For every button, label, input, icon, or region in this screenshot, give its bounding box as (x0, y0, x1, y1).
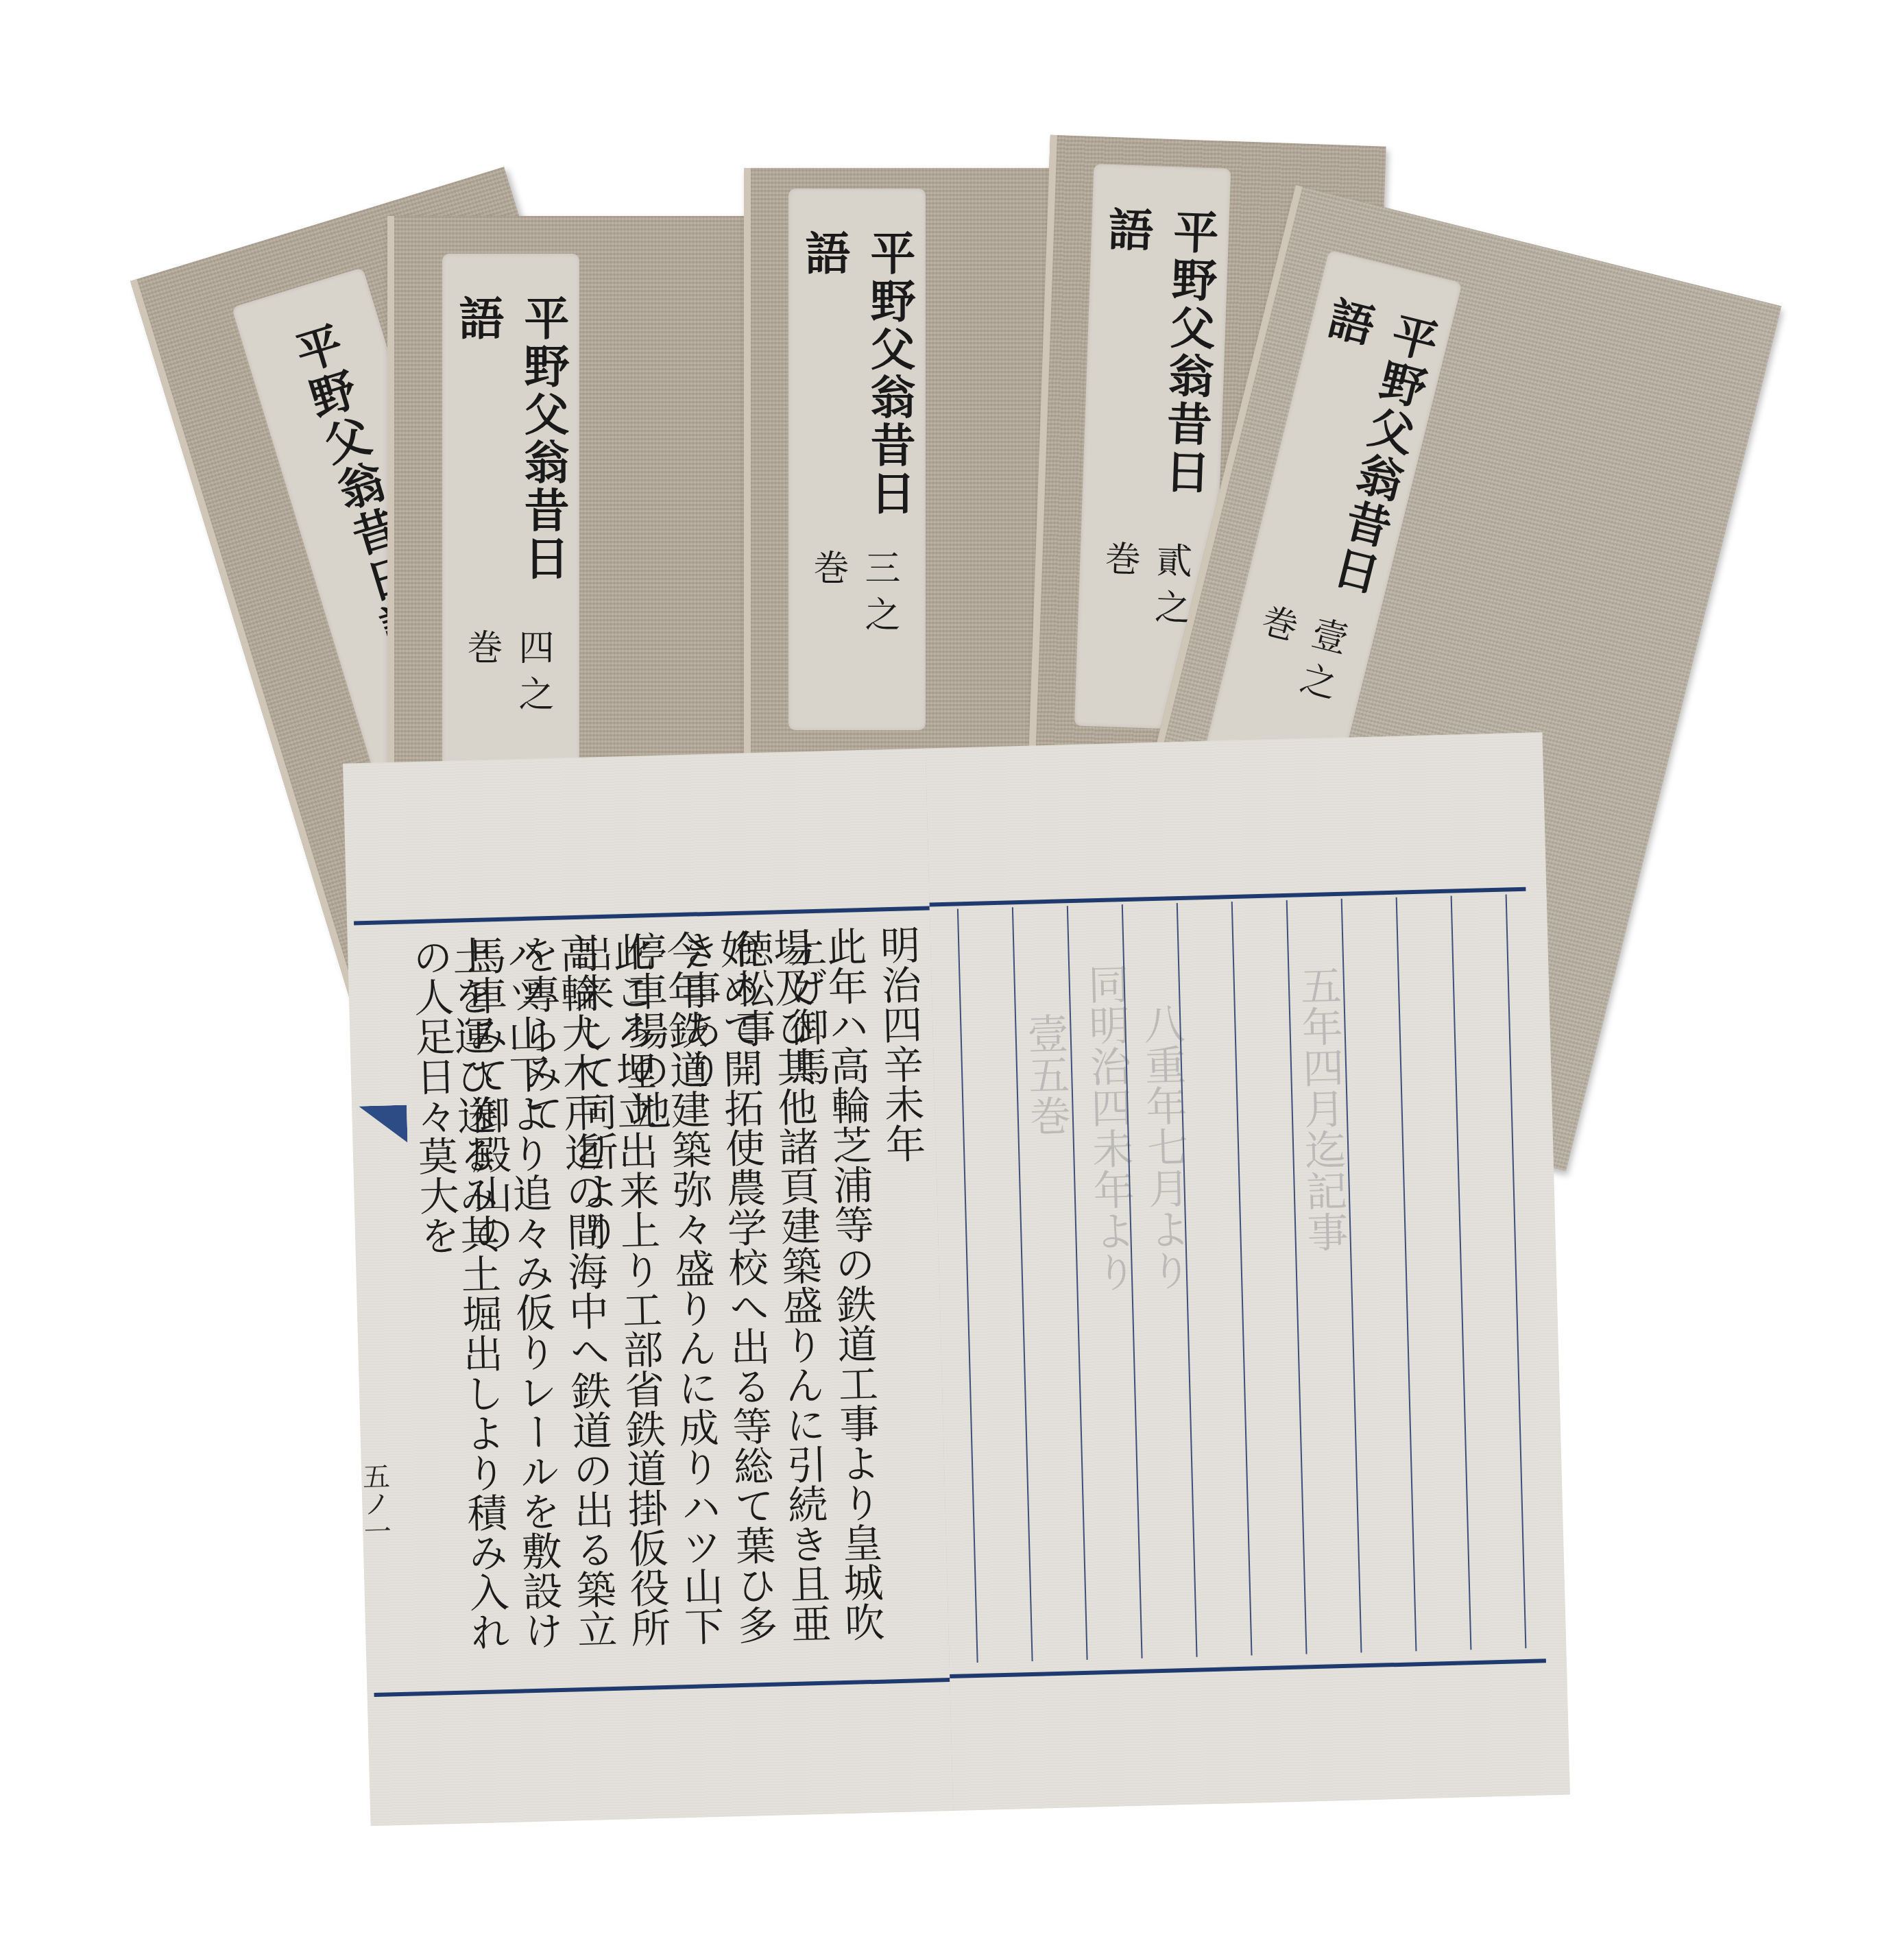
right-page: 壹五巻 同明治四未年より 八重年七月より 五年四月迄記事 (926, 732, 1570, 1811)
volume-4-cover: 平野父翁昔日語 四之巻 (387, 216, 764, 833)
volume-3-cover: 平野父翁昔日語 三之巻 (744, 168, 1080, 799)
show-through-text: 八重年七月より (1131, 1002, 1198, 1292)
page-number: 五ノ一 (354, 1462, 396, 1545)
open-manuscript: 明治四辛未年 此年ハ高輪芝浦等の鉄道工事より皇城吹上げ御馬 場及ひ其他諸頁建築盛… (343, 732, 1604, 1827)
volume-label: 平野父翁昔日語 三之巻 (788, 189, 926, 730)
show-through-text: 壹五巻 (1015, 1012, 1077, 1137)
volume-number: 壹之巻 (1225, 599, 1356, 751)
ruled-columns (957, 894, 1528, 1663)
volume-title: 平野父翁昔日語 (446, 295, 576, 629)
text-columns: 明治四辛未年 此年ハ高輪芝浦等の鉄道工事より皇城吹上げ御馬 場及ひ其他諸頁建築盛… (354, 913, 936, 1682)
volume-title: 平野父翁昔日語 (792, 230, 922, 549)
volume-number: 四之巻 (456, 629, 559, 768)
volume-title: 平野父翁昔日語 (1084, 205, 1226, 544)
show-through-text: 五年四月迄記事 (1288, 964, 1354, 1253)
volume-title: 平野父翁昔日語 (1246, 291, 1449, 627)
volume-label: 平野父翁昔日語 四之巻 (442, 254, 579, 816)
volume-number: 三之巻 (802, 549, 905, 682)
left-page: 明治四辛未年 此年ハ高輪芝浦等の鉄道工事より皇城吹上げ御馬 場及ひ其他諸頁建築盛… (343, 749, 954, 1827)
